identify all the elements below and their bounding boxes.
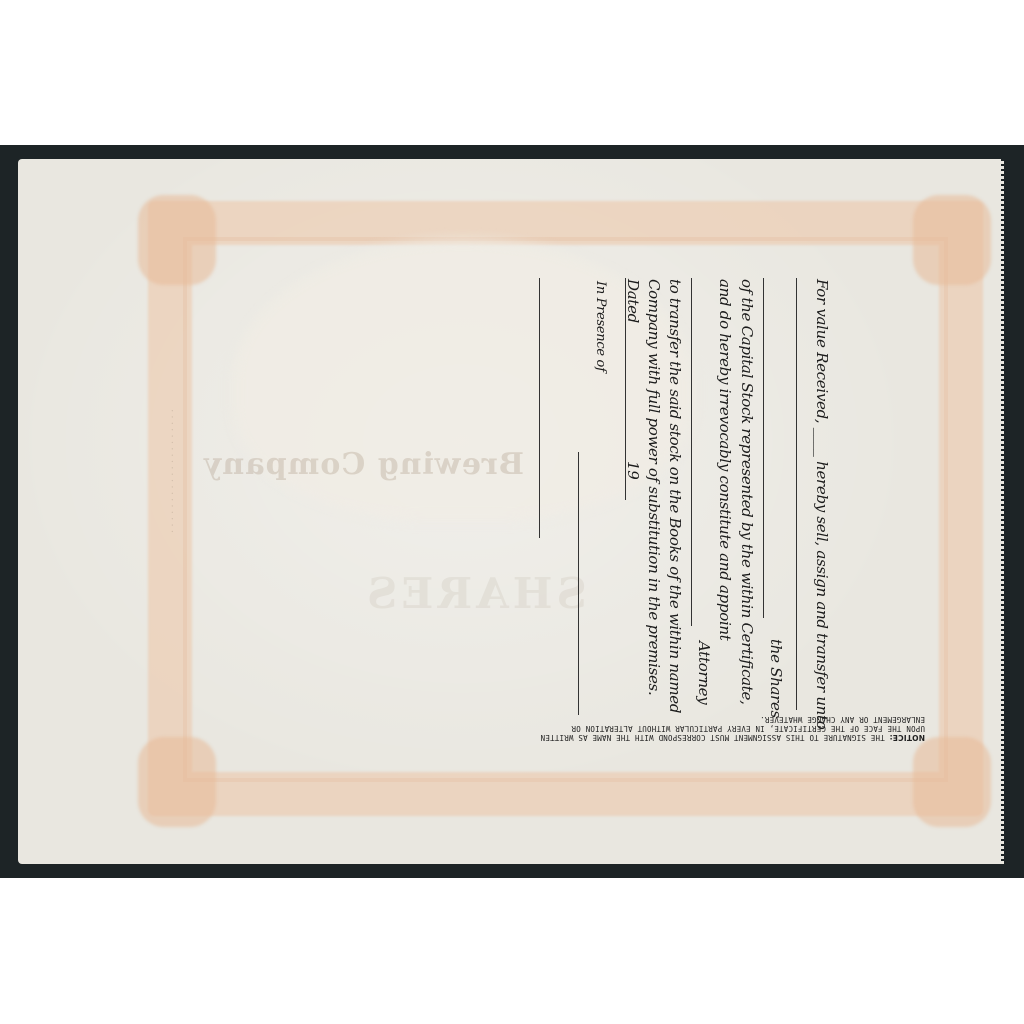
notice-label: NOTICE: <box>889 733 925 742</box>
signature-notice: NOTICE: THE SIGNATURE TO THIS ASSIGNMENT… <box>540 715 925 742</box>
perforated-edge <box>1001 159 1004 864</box>
company-name-bleed-through: Brewing Company <box>203 447 524 482</box>
attorney-line <box>691 278 692 626</box>
shares-bleed-through: SHARES <box>363 569 587 618</box>
dated-label: Dated <box>624 279 642 323</box>
year-prefix: 19 <box>624 461 642 480</box>
attorney-label: Attorney <box>695 641 713 704</box>
shares-line <box>763 278 764 618</box>
assignee-line <box>796 278 797 710</box>
side-text-bleed-through: · · · · · · · · · · · · · · · · · · · · <box>168 409 179 533</box>
corner-ornament <box>913 737 991 827</box>
assignment-line-7: Company with full power of substitution … <box>645 279 663 695</box>
witness-signature-line <box>578 452 579 715</box>
shares-label: the Shares <box>767 639 785 718</box>
witness-label: In Presence of <box>593 281 608 372</box>
witness-line <box>539 278 540 538</box>
certificate-back: Brewing Company SHARES · · · · · · · · ·… <box>18 159 1004 864</box>
corner-ornament <box>138 737 216 827</box>
assignment-line-1: For value Received, ____ hereby sell, as… <box>813 279 831 730</box>
assignment-line-4: and do hereby irrevocably constitute and… <box>716 279 734 641</box>
corner-ornament <box>913 195 991 285</box>
assignment-line-6: to transfer the said stock on the Books … <box>666 279 684 713</box>
notice-text: THE SIGNATURE TO THIS ASSIGNMENT MUST CO… <box>540 715 925 742</box>
corner-ornament <box>138 195 216 285</box>
assignment-line-3: of the Capital Stock represented by the … <box>738 279 756 705</box>
